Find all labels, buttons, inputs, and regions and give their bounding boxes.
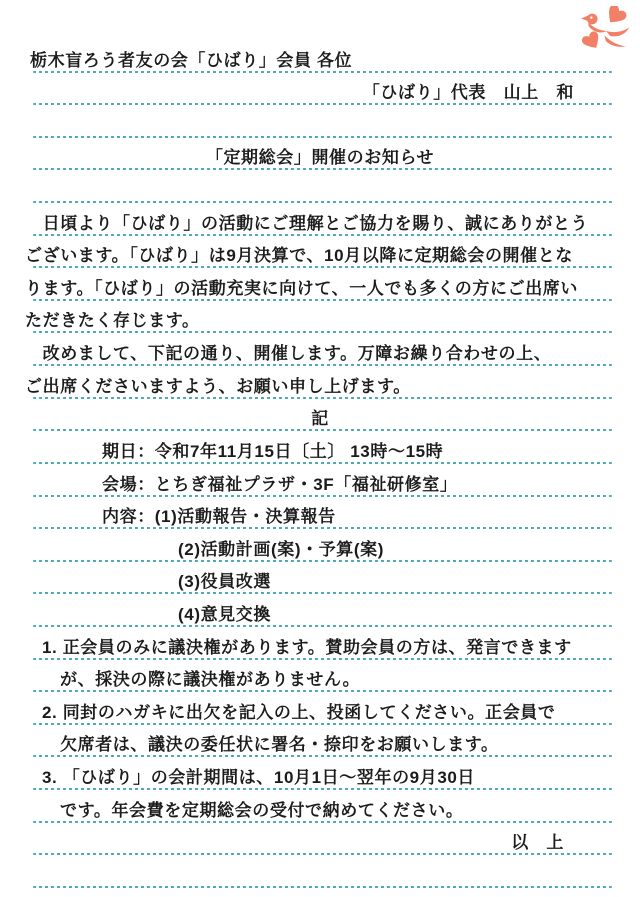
note-line: 2. 同封のハガキに出欠を記入の上、投函してください。正会員で [0,692,640,725]
sender-line: 「ひばり」代表 山上 和 [0,73,640,106]
note-line: が、採決の際に議決権がありません。 [0,660,640,693]
note-line: です。年会費を定期総会の受付で納めてください。 [0,790,640,823]
blank-line [0,170,640,203]
agenda-item-text: (3)役員改選 [0,573,640,594]
record-heading: 記 [0,399,640,432]
body-line: ただきたく存じます。 [0,301,640,334]
body-line: ございます。「ひばり」は9月決算で、10月以降に定期総会の開催とな [0,236,640,269]
body-text: ります。「ひばり」の活動充実に向けて、一人でも多くの方にご出席い [0,280,640,301]
notice-title: 「定期総会」開催のお知らせ [0,138,640,171]
venue-text: 会場：とちぎ福祉プラザ・3F「福祉研修室」 [0,476,640,497]
date-text: 期日：令和7年11月15日〔土〕 13時～15時 [0,443,640,464]
blank-line [0,855,640,888]
ruled-sheet: 栃木盲ろう者友の会「ひばり」会員 各位 「ひばり」代表 山上 和 「定期総会」開… [0,40,640,888]
notice-page: 栃木盲ろう者友の会「ひばり」会員 各位 「ひばり」代表 山上 和 「定期総会」開… [0,0,640,897]
note-text: です。年会費を定期総会の受付で納めてください。 [0,802,640,823]
body-line: ります。「ひばり」の活動充実に向けて、一人でも多くの方にご出席い [0,268,640,301]
note-text: 2. 同封のハガキに出欠を記入の上、投函してください。正会員で [0,704,640,725]
recipient-line: 栃木盲ろう者友の会「ひばり」会員 各位 [0,40,640,73]
agenda-item-text: (2)活動計画(案)・予算(案) [0,541,640,562]
note-line: 1. 正会員のみに議決権があります。賛助会員の方は、発言できます [0,627,640,660]
note-line: 3. 「ひばり」の会計期間は、10月1日～翌年の9月30日 [0,757,640,790]
agenda-item-text: 内容：(1)活動報告・決算報告 [0,508,640,529]
body-line: 改めまして、下記の通り、開催します。万障お繰り合わせの上、 [0,333,640,366]
agenda-item-text: (4)意見交換 [0,606,640,627]
agenda-item-line: (3)役員改選 [0,562,640,595]
record-heading-text: 記 [0,410,640,431]
notice-title-text: 「定期総会」開催のお知らせ [0,149,640,170]
venue-line: 会場：とちぎ福祉プラザ・3F「福祉研修室」 [0,464,640,497]
body-text: ただきたく存じます。 [0,312,640,333]
note-text: 1. 正会員のみに議決権があります。賛助会員の方は、発言できます [0,639,640,660]
closing-text: 以 上 [0,834,640,855]
note-text: 3. 「ひばり」の会計期間は、10月1日～翌年の9月30日 [0,769,640,790]
agenda-heading-line: 内容：(1)活動報告・決算報告 [0,497,640,530]
body-line: ご出席くださいますよう、お願い申し上げます。 [0,366,640,399]
note-text: が、採決の際に議決権がありません。 [0,671,640,692]
body-line: 日頃より「ひばり」の活動にご理解とご協力を賜り、誠にありがとう [0,203,640,236]
agenda-item-line: (2)活動計画(案)・予算(案) [0,529,640,562]
body-text: ご出席くださいますよう、お願い申し上げます。 [0,378,640,399]
body-text: 日頃より「ひばり」の活動にご理解とご協力を賜り、誠にありがとう [0,215,640,236]
recipient-text: 栃木盲ろう者友の会「ひばり」会員 各位 [0,52,640,73]
body-text: 改めまして、下記の通り、開催します。万障お繰り合わせの上、 [0,345,640,366]
note-line: 欠席者は、議決の委任状に署名・捺印をお願いします。 [0,725,640,758]
sender-text: 「ひばり」代表 山上 和 [0,84,640,105]
body-text: ございます。「ひばり」は9月決算で、10月以降に定期総会の開催とな [0,247,640,268]
date-line: 期日：令和7年11月15日〔土〕 13時～15時 [0,431,640,464]
agenda-item-line: (4)意見交換 [0,594,640,627]
closing-line: 以 上 [0,823,640,856]
blank-line [0,105,640,138]
note-text: 欠席者は、議決の委任状に署名・捺印をお願いします。 [0,736,640,757]
